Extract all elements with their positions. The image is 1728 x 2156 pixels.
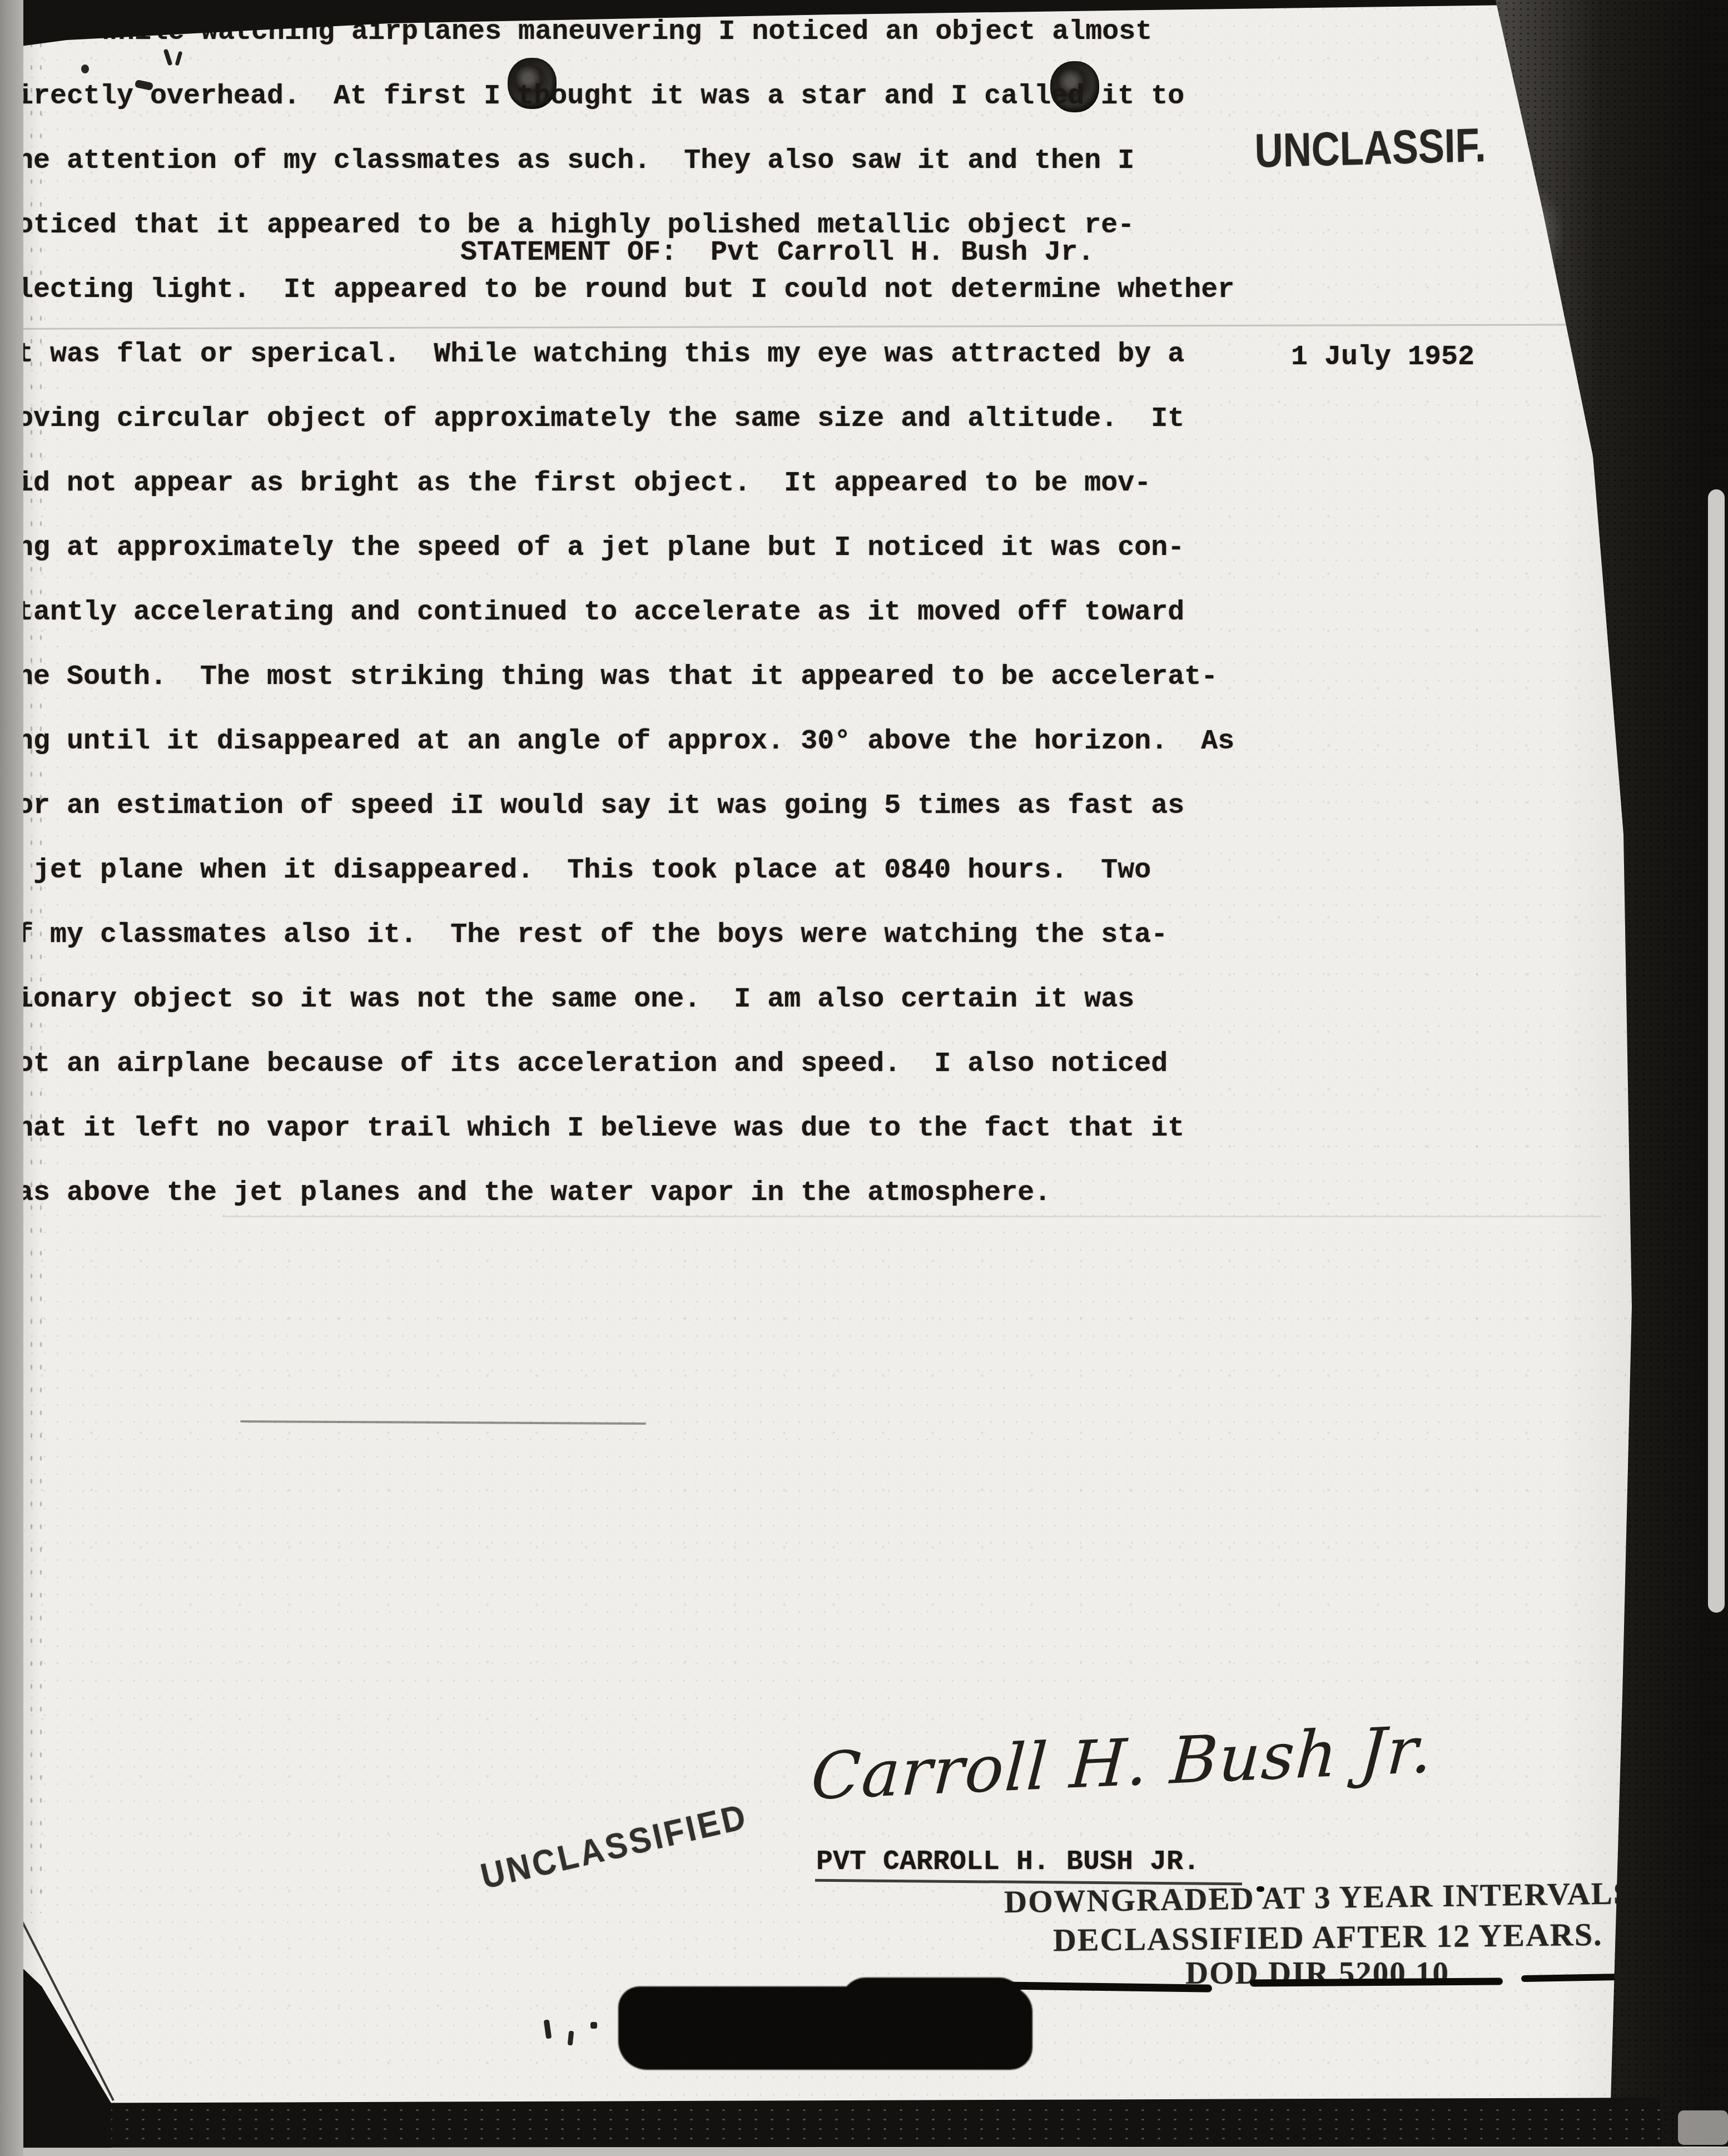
typed-name: PVT CARROLL H. BUSH JR. — [816, 1846, 1200, 1878]
downgrade-stamp-line2: DECLASSIFIED AFTER 12 YEARS. — [1053, 1916, 1603, 1959]
ink-speck — [590, 2022, 597, 2029]
body-text-line: for an estimation of speed iI would say … — [0, 774, 1290, 839]
body-text-line: the attention of my classmates as such. … — [0, 129, 1290, 194]
body-text-line: While watching airplanes maneuvering I n… — [0, 0, 1290, 65]
body-text-line: the South. The most striking thing was t… — [0, 645, 1290, 710]
date-line: 1 July 1952 — [1291, 341, 1474, 373]
body-text-line: flecting light. It appeared to be round … — [0, 258, 1290, 323]
body-text-line: ing at approximately the speed of a jet … — [0, 516, 1290, 581]
body-text-line: that it left no vapor trail which I beli… — [0, 1097, 1290, 1161]
body-text-line: tionary object so it was not the same on… — [0, 968, 1290, 1032]
body-text-line: ing until it disappeared at an angle of … — [0, 710, 1290, 774]
pen-speck — [1257, 1886, 1264, 1892]
body-text-line: it was flat or sperical. While watching … — [0, 323, 1290, 387]
body-text-line: of my classmates also it. The rest of th… — [0, 903, 1290, 968]
redaction-mark — [618, 1986, 1032, 2070]
body-text-line: directly overhead. At first I thought it… — [0, 65, 1290, 129]
body-text-line: a jet plane when it disappeared. This to… — [0, 839, 1290, 903]
body-text-line: did not appear as bright as the first ob… — [0, 452, 1290, 516]
statement-body: While watching airplanes maneuvering I n… — [0, 0, 1290, 1226]
body-text-line: noticed that it appeared to be a highly … — [0, 194, 1290, 258]
scanned-document-page: UNCLASSIF. STATEMENT OF: Pvt Carroll H. … — [0, 0, 1728, 2156]
body-text-line: was above the jet planes and the water v… — [0, 1161, 1290, 1226]
body-text-line: stantly accelerating and continued to ac… — [0, 581, 1290, 645]
scan-edge-sliver — [1708, 489, 1725, 1613]
body-text-line: moving circular object of approximately … — [0, 387, 1290, 452]
body-text-line: not an airplane because of its accelerat… — [0, 1032, 1290, 1097]
